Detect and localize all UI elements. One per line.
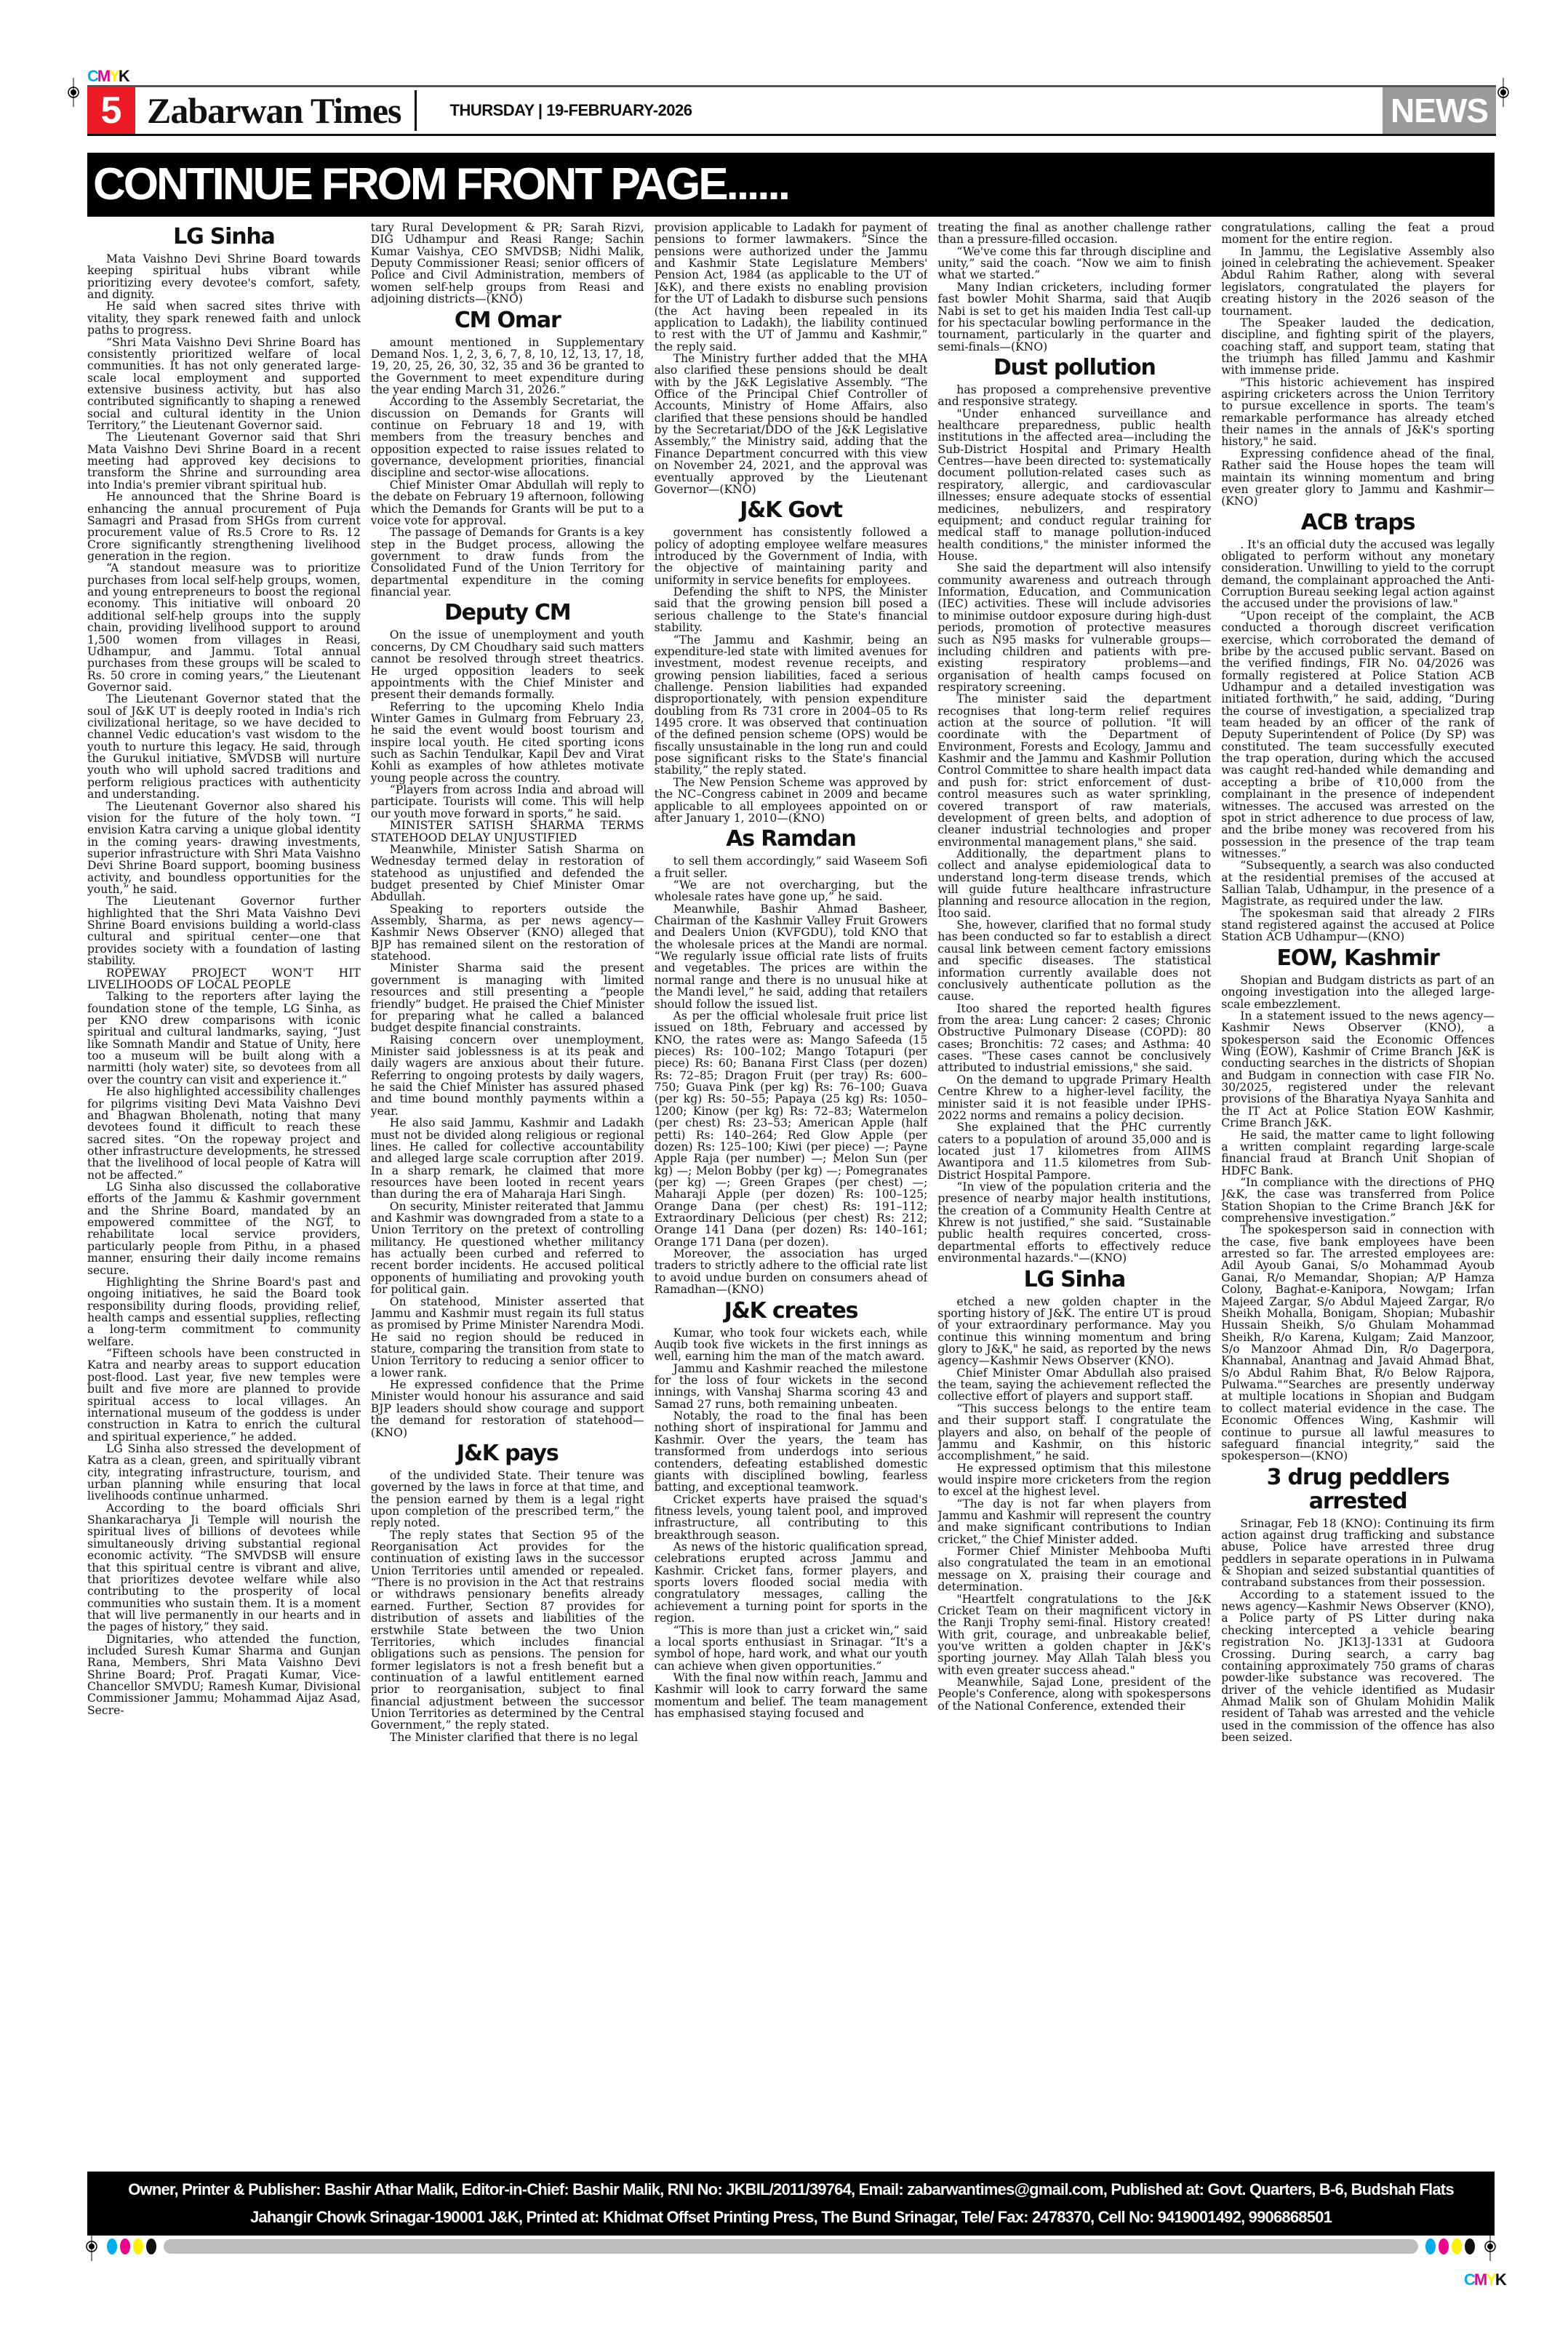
article-paragraph: According to the Assembly Secretariat, t… (371, 396, 644, 479)
article-paragraph: of the undivided State. Their tenure was… (371, 1470, 644, 1529)
article-paragraph: On statehood, Minister asserted that Jam… (371, 1296, 644, 1380)
article-paragraph: The Lieutenant Governor said that Shri M… (87, 431, 361, 491)
article-paragraph: “In view of the population criteria and … (937, 1181, 1211, 1265)
article-paragraph: He also highlighted accessibility challe… (87, 1086, 361, 1181)
article-headline: Deputy CM (371, 601, 644, 625)
article-paragraph: Expressing confidence ahead of the final… (1221, 448, 1495, 508)
article-paragraph: She, however, clarified that no formal s… (937, 919, 1211, 1003)
imprint-footer: Owner, Printer & Publisher: Bashir Athar… (87, 2172, 1495, 2236)
article-paragraph: Defending the shift to NPS, the Minister… (655, 586, 928, 633)
article-paragraph: "This historic achievement has inspired … (1221, 377, 1495, 448)
article-paragraph: According to a statement issued to the n… (1221, 1589, 1495, 1744)
article-paragraph: “This is more than just a cricket win,” … (655, 1625, 928, 1672)
article-headline: EOW, Kashmir (1221, 946, 1495, 970)
article-headline: J&K Govt (655, 498, 928, 522)
article-paragraph: “A standout measure was to prioritize pu… (87, 562, 361, 693)
imprint-line-1: Owner, Printer & Publisher: Bashir Athar… (87, 2176, 1495, 2204)
article-paragraph: He expressed confidence that the Prime M… (371, 1379, 644, 1438)
article-paragraph: “Subsequently, a search was also conduct… (1221, 860, 1495, 907)
article-paragraph: He expressed optimism that this mileston… (937, 1462, 1211, 1498)
article-paragraph: The passage of Demands for Grants is a k… (371, 527, 644, 598)
masthead: 5 Zabarwan Times THURSDAY | 19-FEBRUARY-… (87, 85, 1496, 136)
article-paragraph: “The day is not far when players from Ja… (937, 1498, 1211, 1545)
article-paragraph: congratulations, calling the feat a prou… (1221, 222, 1495, 246)
print-color-bar (84, 2238, 1498, 2254)
article-paragraph: In Jammu, the Legislative Assembly also … (1221, 246, 1495, 317)
yellow-swatch (1452, 2238, 1462, 2254)
article-paragraph: Dignitaries, who attended the function, … (87, 1633, 361, 1717)
article-paragraph: Former Chief Minister Mehbooba Mufti als… (937, 1545, 1211, 1593)
article-paragraph: Meanwhile, Sajad Lone, president of the … (937, 1676, 1211, 1712)
article-paragraph: The Lieutenant Governor stated that the … (87, 693, 361, 800)
yellow-swatch (133, 2238, 143, 2254)
column-3: provision applicable to Ladakh for payme… (655, 222, 928, 2164)
article-headline: J&K pays (371, 1441, 644, 1465)
article-paragraph: Itoo shared the reported health figures … (937, 1003, 1211, 1074)
article-paragraph: As per the official wholesale fruit pric… (655, 1010, 928, 1248)
article-paragraph: "Heartfelt congratulations to the J&K Cr… (937, 1593, 1211, 1677)
article-paragraph: Mata Vaishno Devi Shrine Board towards k… (87, 253, 361, 300)
article-paragraph: Additionally, the department plans to co… (937, 848, 1211, 919)
column-2: tary Rural Development & PR; Sarah Rizvi… (371, 222, 644, 2164)
article-paragraph: LG Sinha also discussed the collaborativ… (87, 1181, 361, 1276)
article-paragraph: etched a new golden chapter in the sport… (937, 1296, 1211, 1367)
article-paragraph: Srinagar, Feb 18 (KNO): Continuing its f… (1221, 1518, 1495, 1589)
paper-name: Zabarwan Times (135, 89, 415, 132)
article-headline: 3 drug peddlers arrested (1221, 1465, 1495, 1513)
article-headline: J&K creates (655, 1299, 928, 1323)
article-paragraph: “Fifteen schools have been constructed i… (87, 1348, 361, 1443)
article-paragraph: LG Sinha also stressed the development o… (87, 1443, 361, 1502)
article-paragraph: He announced that the Shrine Board is en… (87, 491, 361, 562)
column-5: congratulations, calling the feat a prou… (1221, 222, 1495, 2164)
magenta-swatch (120, 2238, 130, 2254)
article-headline: LG Sinha (937, 1268, 1211, 1292)
article-paragraph: Chief Minister Omar Abdullah also praise… (937, 1367, 1211, 1403)
magenta-swatch (1439, 2238, 1449, 2254)
article-paragraph: As news of the historic qualification sp… (655, 1541, 928, 1625)
column-1: LG SinhaMata Vaishno Devi Shrine Board t… (87, 222, 361, 2164)
article-paragraph: The New Pension Scheme was approved by t… (655, 777, 928, 824)
article-paragraph: The spokesperson said in connection with… (1221, 1224, 1495, 1462)
article-headline: LG Sinha (87, 225, 361, 249)
column-4: treating the final as another challenge … (937, 222, 1211, 2164)
article-paragraph: Chief Minister Omar Abdullah will reply … (371, 479, 644, 527)
article-paragraph: The Ministry further added that the MHA … (655, 353, 928, 495)
article-paragraph: According to the board officials Shri Sh… (87, 1502, 361, 1633)
article-paragraph: He said when sacred sites thrive with vi… (87, 300, 361, 336)
article-paragraph: Minister Sharma said the present governm… (371, 962, 644, 1033)
article-paragraph: The Lieutenant Governor also shared his … (87, 801, 361, 896)
article-paragraph: Moreover, the association has urged trad… (655, 1248, 928, 1295)
article-paragraph: “Players from across India and abroad wi… (371, 784, 644, 820)
registration-mark-icon (1495, 78, 1511, 107)
article-paragraph: has proposed a comprehensive preventive … (937, 384, 1211, 408)
article-paragraph: “Shri Mata Vaishno Devi Shrine Board has… (87, 337, 361, 432)
article-paragraph: On the issue of unemployment and youth c… (371, 629, 644, 700)
article-paragraph: She explained that the PHC currently cat… (937, 1121, 1211, 1181)
article-paragraph: Meanwhile, Minister Satish Sharma on Wed… (371, 844, 644, 903)
article-paragraph: The Lieutenant Governor further highligh… (87, 895, 361, 967)
registration-mark-icon (1482, 2232, 1498, 2261)
article-paragraph: “Upon receipt of the complaint, the ACB … (1221, 610, 1495, 860)
article-paragraph: Referring to the upcoming Khelo India Wi… (371, 701, 644, 785)
article-paragraph: government has consistently followed a p… (655, 527, 928, 586)
article-paragraph: On the demand to upgrade Primary Health … (937, 1074, 1211, 1121)
article-paragraph: Cricket experts have praised the squad's… (655, 1494, 928, 1541)
article-paragraph: She said the department will also intens… (937, 562, 1211, 693)
gray-bar (164, 2239, 1418, 2254)
article-paragraph: The spokesman said that already 2 FIRs s… (1221, 908, 1495, 943)
article-paragraph: tary Rural Development & PR; Sarah Rizvi… (371, 222, 644, 305)
article-paragraph: He said, the matter came to light follow… (1221, 1129, 1495, 1177)
article-subhead: MINISTER SATISH SHARMA TERMS STATEHOOD D… (371, 820, 644, 844)
article-paragraph: “We've come this far through discipline … (937, 246, 1211, 281)
article-headline: As Ramdan (655, 827, 928, 851)
article-paragraph: treating the final as another challenge … (937, 222, 1211, 246)
article-paragraph: On security, Minister reiterated that Ja… (371, 1201, 644, 1296)
article-paragraph: With the final now within reach, Jammu a… (655, 1672, 928, 1719)
article-subhead: ROPEWAY PROJECT WON'T HIT LIVELIHOODS OF… (87, 967, 361, 991)
section-tag: NEWS (1383, 87, 1496, 134)
article-paragraph: Notably, the road to the final has been … (655, 1410, 928, 1494)
article-paragraph: He also said Jammu, Kashmir and Ladakh m… (371, 1117, 644, 1201)
article-paragraph: The minister said the department recogni… (937, 693, 1211, 848)
dateline: THURSDAY | 19-FEBRUARY-2026 (417, 101, 692, 120)
article-headline: CM Omar (371, 308, 644, 332)
article-paragraph: Highlighting the Shrine Board's past and… (87, 1276, 361, 1348)
article-paragraph: Speaking to reporters outside the Assemb… (371, 903, 644, 963)
registration-mark-icon (84, 2232, 100, 2261)
cmyk-print-mark-bottom: CMYK (1464, 2270, 1505, 2289)
article-paragraph: to sell them accordingly,” said Waseem S… (655, 855, 928, 879)
article-paragraph: The Minister clarified that there is no … (371, 1732, 644, 1743)
article-paragraph: Talking to the reporters after laying th… (87, 991, 361, 1086)
article-paragraph: Shopian and Budgam districts as part of … (1221, 975, 1495, 1010)
article-paragraph: Meanwhile, Bashir Ahmad Basheer, Chairma… (655, 903, 928, 1010)
article-paragraph: “This success belongs to the entire team… (937, 1403, 1211, 1462)
page-banner: CONTINUE FROM FRONT PAGE...... (87, 153, 1495, 217)
imprint-line-2: Jahangir Chowk Srinagar-190001 J&K, Prin… (87, 2204, 1495, 2231)
article-paragraph: . It's an official duty the accused was … (1221, 539, 1495, 610)
article-paragraph: provision applicable to Ladakh for payme… (655, 222, 928, 353)
cyan-swatch (107, 2238, 117, 2254)
cyan-swatch (1425, 2238, 1436, 2254)
article-paragraph: "Under enhanced surveillance and healthc… (937, 408, 1211, 563)
article-paragraph: “In compliance with the directions of PH… (1221, 1177, 1495, 1224)
article-columns: LG SinhaMata Vaishno Devi Shrine Board t… (87, 222, 1495, 2164)
article-paragraph: The Speaker lauded the dedication, disci… (1221, 317, 1495, 377)
article-paragraph: The reply states that Section 95 of the … (371, 1529, 644, 1732)
registration-mark-icon (65, 78, 81, 107)
article-headline: Dust pollution (937, 356, 1211, 380)
article-paragraph: “We are not overcharging, but the wholes… (655, 879, 928, 903)
cmyk-print-mark-top: CMYK (87, 67, 129, 86)
page-number: 5 (87, 87, 135, 134)
black-swatch (146, 2238, 156, 2254)
article-paragraph: In a statement issued to the news agency… (1221, 1010, 1495, 1129)
article-headline: ACB traps (1221, 511, 1495, 535)
article-paragraph: amount mentioned in Supplementary Demand… (371, 337, 644, 396)
article-paragraph: Kumar, who took four wickets each, while… (655, 1327, 928, 1363)
article-paragraph: Jammu and Kashmir reached the milestone … (655, 1363, 928, 1410)
article-paragraph: Raising concern over unemployment, Minis… (371, 1034, 644, 1118)
black-swatch (1465, 2238, 1475, 2254)
article-paragraph: Many Indian cricketers, including former… (937, 281, 1211, 353)
article-paragraph: “The Jammu and Kashmir, being an expendi… (655, 634, 928, 777)
